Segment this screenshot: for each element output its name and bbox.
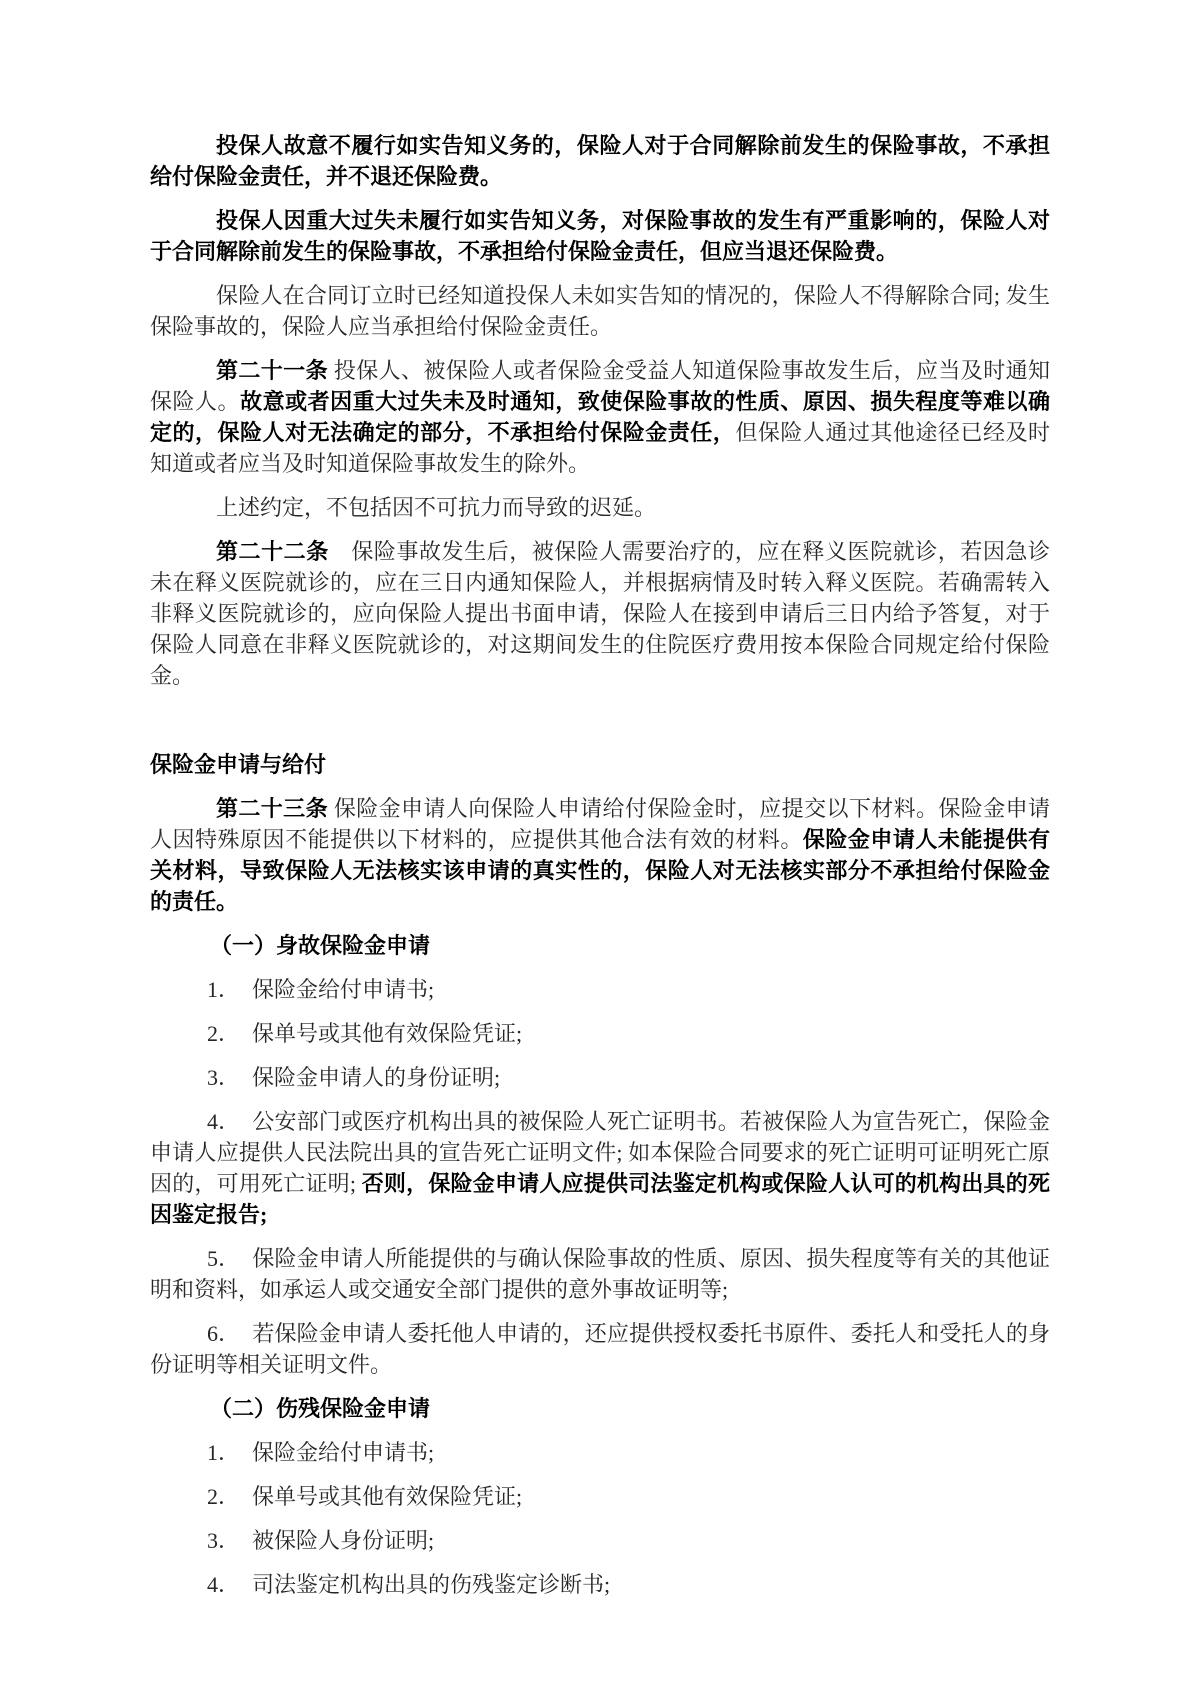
paragraph: 投保人故意不履行如实告知义务的，保险人对于合同解除前发生的保险事故，不承担给付保… (150, 130, 1050, 192)
subsection-heading: （一）身故保险金申请 (150, 930, 1050, 961)
list-item: 4．司法鉴定机构出具的伤残鉴定诊断书; (150, 1569, 1050, 1600)
text-segment: 若保险金申请人委托他人申请的，还应提供授权委托书原件、委托人和受托人的身份证明等… (150, 1321, 1050, 1377)
list-number: 4． (207, 1572, 240, 1597)
document-page: 投保人故意不履行如实告知义务的，保险人对于合同解除前发生的保险事故，不承担给付保… (0, 0, 1191, 1684)
paragraph: 第二十一条 投保人、被保险人或者保险金受益人知道保险事故发生后，应当及时通知保险… (150, 355, 1050, 479)
list-number: 3． (207, 1528, 240, 1553)
list-number: 2． (207, 1484, 240, 1509)
paragraph: 第二十三条 保险金申请人向保险人申请给付保险金时，应提交以下材料。保险金申请人因… (150, 793, 1050, 917)
list-item: 2．保单号或其他有效保险凭证; (150, 1481, 1050, 1512)
subsection-heading: （二）伤残保险金申请 (150, 1393, 1050, 1424)
list-item: 1．保险金给付申请书; (150, 1437, 1050, 1468)
text-segment: 第二十三条 (216, 796, 334, 821)
list-number: 6． (207, 1321, 240, 1346)
section-heading: 保险金申请与给付 (150, 749, 1050, 780)
list-item: 1．保险金给付申请书; (150, 974, 1050, 1005)
text-segment: 第二十一条 (216, 358, 334, 383)
text-segment: 投保人因重大过失未履行如实告知义务，对保险事故的发生有严重影响的，保险人对于合同… (150, 208, 1050, 264)
list-item: 5．保险金申请人所能提供的与确认保险事故的性质、原因、损失程度等有关的其他证明和… (150, 1243, 1050, 1305)
list-item: 3．保险金申请人的身份证明; (150, 1062, 1050, 1093)
list-number: 1． (207, 977, 240, 1002)
list-item: 3．被保险人身份证明; (150, 1525, 1050, 1556)
list-number: 2． (207, 1021, 240, 1046)
list-item: 6．若保险金申请人委托他人申请的，还应提供授权委托书原件、委托人和受托人的身份证… (150, 1318, 1050, 1380)
text-segment: 上述约定，不包括因不可抗力而导致的迟延。 (216, 495, 656, 520)
list-number: 4． (207, 1109, 240, 1134)
paragraph: 上述约定，不包括因不可抗力而导致的迟延。 (150, 492, 1050, 523)
text-segment: 第二十二条 (216, 539, 329, 564)
text-segment: 投保人故意不履行如实告知义务的，保险人对于合同解除前发生的保险事故，不承担给付保… (150, 133, 1050, 189)
text-segment: 保单号或其他有效保险凭证; (252, 1021, 522, 1046)
list-item: 2．保单号或其他有效保险凭证; (150, 1018, 1050, 1049)
paragraph: 第二十二条 保险事故发生后，被保险人需要治疗的，应在释义医院就诊，若因急诊未在释… (150, 536, 1050, 691)
text-segment: 保险金给付申请书; (252, 1440, 434, 1465)
text-segment: 保险金给付申请书; (252, 977, 434, 1002)
text-segment: 保险金申请人的身份证明; (252, 1065, 500, 1090)
text-segment: 保险人在合同订立时已经知道投保人未如实告知的情况的，保险人不得解除合同; 发生保… (150, 283, 1050, 339)
list-number: 1． (207, 1440, 240, 1465)
text-segment: 被保险人身份证明; (252, 1528, 434, 1553)
text-segment: 保险金申请人所能提供的与确认保险事故的性质、原因、损失程度等有关的其他证明和资料… (150, 1246, 1050, 1302)
text-segment: 司法鉴定机构出具的伤残鉴定诊断书; (252, 1572, 610, 1597)
list-number: 5． (207, 1246, 240, 1271)
list-item: 4．公安部门或医疗机构出具的被保险人死亡证明书。若被保险人为宣告死亡，保险金申请… (150, 1106, 1050, 1230)
text-segment: 保单号或其他有效保险凭证; (252, 1484, 522, 1509)
paragraph: 投保人因重大过失未履行如实告知义务，对保险事故的发生有严重影响的，保险人对于合同… (150, 205, 1050, 267)
paragraph: 保险人在合同订立时已经知道投保人未如实告知的情况的，保险人不得解除合同; 发生保… (150, 280, 1050, 342)
list-number: 3． (207, 1065, 240, 1090)
document-content: 投保人故意不履行如实告知义务的，保险人对于合同解除前发生的保险事故，不承担给付保… (0, 0, 1191, 1600)
